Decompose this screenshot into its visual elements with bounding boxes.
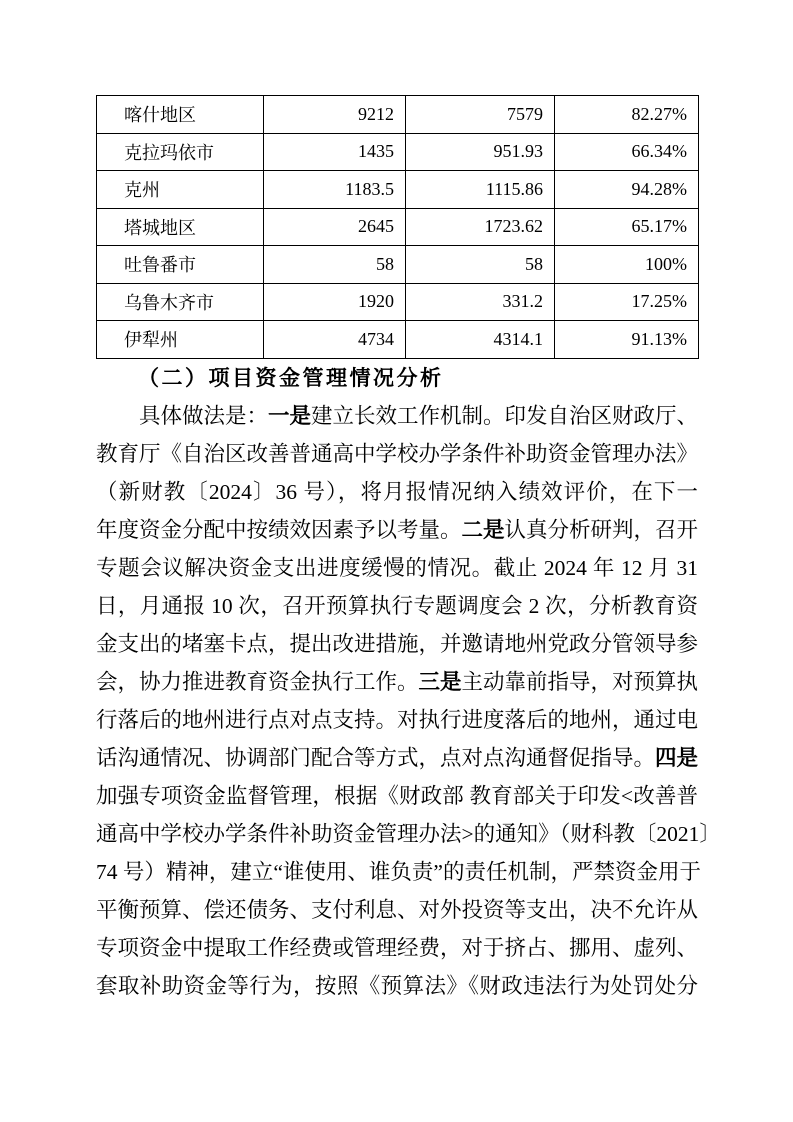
region-funds-table: 喀什地区 9212 7579 82.27% 克拉玛依市 1435 951.93 … — [96, 95, 699, 359]
table-row: 克州 1183.5 1115.86 94.28% — [97, 171, 699, 209]
paragraph-line: 具体做法是：一是建立长效工作机制。印发自治区财政厅、 — [96, 397, 698, 435]
percent-cell: 65.17% — [555, 208, 699, 246]
table-row: 塔城地区 2645 1723.62 65.17% — [97, 208, 699, 246]
paragraph-line: 74 号）精神，建立“谁使用、谁负责”的责任机制，严禁资金用于 — [96, 853, 698, 891]
text-run: 专项资金中提取工作经费或管理经费，对于挤占、挪用、虚列、 — [96, 936, 698, 960]
amount-cell: 4734 — [264, 321, 406, 359]
table-row: 喀什地区 9212 7579 82.27% — [97, 96, 699, 134]
amount-cell: 58 — [264, 246, 406, 284]
paragraph-line: 行落后的地州进行点对点支持。对执行进度落后的地州，通过电 — [96, 701, 698, 739]
text-run: 认真分析研判，召开 — [505, 518, 699, 542]
region-name-cell: 克拉玛依市 — [97, 133, 264, 171]
text-run: 74 号）精神，建立“谁使用、谁负责”的责任机制，严禁资金用于 — [96, 860, 701, 884]
amount-cell: 7579 — [406, 96, 555, 134]
paragraph-line: 话沟通情况、协调部门配合等方式，点对点沟通督促指导。四是 — [96, 739, 698, 777]
amount-cell: 58 — [406, 246, 555, 284]
amount-cell: 1723.62 — [406, 208, 555, 246]
paragraph-line: 加强专项资金监督管理，根据《财政部 教育部关于印发<改善普 — [96, 777, 698, 815]
paragraph-line: 金支出的堵塞卡点，提出改进措施，并邀请地州党政分管领导参 — [96, 625, 698, 663]
percent-cell: 17.25% — [555, 283, 699, 321]
percent-cell: 66.34% — [555, 133, 699, 171]
amount-cell: 951.93 — [406, 133, 555, 171]
bold-run: 四是 — [655, 746, 698, 770]
amount-cell: 1920 — [264, 283, 406, 321]
percent-cell: 100% — [555, 246, 699, 284]
percent-cell: 82.27% — [555, 96, 699, 134]
table-row: 伊犁州 4734 4314.1 91.13% — [97, 321, 699, 359]
text-run: 专题会议解决资金支出进度缓慢的情况。截止 2024 年 12 月 31 — [96, 556, 698, 580]
region-name-cell: 喀什地区 — [97, 96, 264, 134]
amount-cell: 9212 — [264, 96, 406, 134]
text-run: 会，协力推进教育资金执行工作。 — [96, 670, 419, 694]
region-name-cell: 乌鲁木齐市 — [97, 283, 264, 321]
paragraph-line: 日，月通报 10 次，召开预算执行专题调度会 2 次，分析教育资 — [96, 587, 698, 625]
bold-run: 一是 — [268, 404, 311, 428]
region-name-cell: 吐鲁番市 — [97, 246, 264, 284]
percent-cell: 91.13% — [555, 321, 699, 359]
paragraph-line: 套取补助资金等行为，按照《预算法》《财政违法行为处罚处分 — [96, 967, 698, 1005]
amount-cell: 4314.1 — [406, 321, 555, 359]
paragraph-line: 平衡预算、偿还债务、支付利息、对外投资等支出，决不允许从 — [96, 891, 698, 929]
amount-cell: 2645 — [264, 208, 406, 246]
text-run: 加强专项资金监督管理，根据《财政部 教育部关于印发<改善普 — [96, 784, 698, 808]
text-run: 话沟通情况、协调部门配合等方式，点对点沟通督促指导。 — [96, 746, 655, 770]
paragraph-line: 会，协力推进教育资金执行工作。三是主动靠前指导，对预算执 — [96, 663, 698, 701]
paragraph-line: 年度资金分配中按绩效因素予以考量。二是认真分析研判，召开 — [96, 511, 698, 549]
region-name-cell: 伊犁州 — [97, 321, 264, 359]
paragraph-line: （新财教〔2024〕36 号），将月报情况纳入绩效评价，在下一 — [96, 473, 698, 511]
text-run: （新财教〔2024〕36 号），将月报情况纳入绩效评价，在下一 — [96, 480, 698, 504]
text-run: 教育厅《自治区改善普通高中学校办学条件补助资金管理办法》 — [96, 442, 698, 466]
amount-cell: 1435 — [264, 133, 406, 171]
paragraph-line: 专项资金中提取工作经费或管理经费，对于挤占、挪用、虚列、 — [96, 929, 698, 967]
amount-cell: 1115.86 — [406, 171, 555, 209]
section-heading: （二）项目资金管理情况分析 — [96, 359, 698, 397]
text-run: 行落后的地州进行点对点支持。对执行进度落后的地州，通过电 — [96, 708, 698, 732]
text-run: 具体做法是： — [139, 404, 268, 428]
paragraph-line: 通高中学校办学条件补助资金管理办法>的通知》（财科教〔2021〕 — [96, 815, 698, 853]
text-run: 套取补助资金等行为，按照《预算法》《财政违法行为处罚处分 — [96, 974, 698, 998]
body-paragraph: 具体做法是：一是建立长效工作机制。印发自治区财政厅、 教育厅《自治区改善普通高中… — [96, 397, 698, 1005]
paragraph-line: 教育厅《自治区改善普通高中学校办学条件补助资金管理办法》 — [96, 435, 698, 473]
table-row: 吐鲁番市 58 58 100% — [97, 246, 699, 284]
page-content: 喀什地区 9212 7579 82.27% 克拉玛依市 1435 951.93 … — [96, 95, 698, 1005]
percent-cell: 94.28% — [555, 171, 699, 209]
paragraph-line: 专题会议解决资金支出进度缓慢的情况。截止 2024 年 12 月 31 — [96, 549, 698, 587]
region-name-cell: 塔城地区 — [97, 208, 264, 246]
bold-run: 二是 — [462, 518, 505, 542]
text-run: 金支出的堵塞卡点，提出改进措施，并邀请地州党政分管领导参 — [96, 632, 698, 656]
region-name-cell: 克州 — [97, 171, 264, 209]
table-row: 乌鲁木齐市 1920 331.2 17.25% — [97, 283, 699, 321]
document-page: 喀什地区 9212 7579 82.27% 克拉玛依市 1435 951.93 … — [0, 0, 793, 1122]
text-run: 建立长效工作机制。印发自治区财政厅、 — [311, 404, 698, 428]
text-run: 年度资金分配中按绩效因素予以考量。 — [96, 518, 462, 542]
bold-run: 三是 — [419, 670, 462, 694]
amount-cell: 1183.5 — [264, 171, 406, 209]
text-run: 通高中学校办学条件补助资金管理办法>的通知》（财科教〔2021〕 — [96, 822, 721, 846]
text-run: 主动靠前指导，对预算执 — [462, 670, 699, 694]
text-run: 日，月通报 10 次，召开预算执行专题调度会 2 次，分析教育资 — [96, 594, 698, 618]
amount-cell: 331.2 — [406, 283, 555, 321]
table-row: 克拉玛依市 1435 951.93 66.34% — [97, 133, 699, 171]
text-run: 平衡预算、偿还债务、支付利息、对外投资等支出，决不允许从 — [96, 898, 698, 922]
